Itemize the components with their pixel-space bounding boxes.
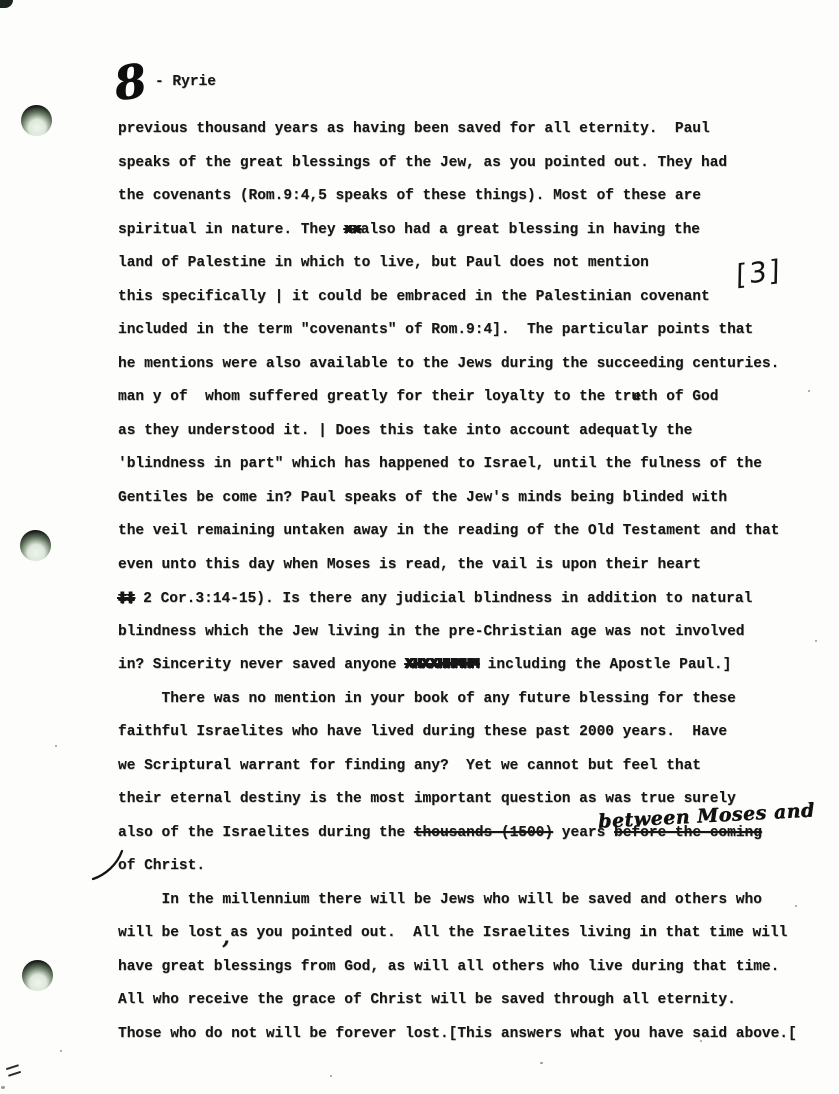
typed-line: the veil remaining untaken away in the r…: [118, 515, 828, 549]
pen-scribble-mark: [6, 1064, 21, 1077]
typed-line: have great blessings from God, as will a…: [118, 951, 828, 985]
typed-text: as you pointed out. All the Israelites l…: [230, 925, 787, 941]
typed-line: of Christ.: [118, 850, 828, 884]
strikethrough-text: thousands (1500): [414, 825, 553, 841]
hole-punch-middle: [20, 530, 51, 561]
typed-text: including the Apostle Paul.]: [479, 657, 731, 673]
superscript-correction: e: [633, 391, 641, 405]
typed-line: All who receive the grace of Christ will…: [118, 984, 828, 1018]
typed-line: blindness which the Jew living in the pr…: [118, 616, 828, 650]
paper-speck: [330, 1075, 332, 1077]
hole-punch-bottom: [22, 960, 53, 991]
paper-speck: [60, 1050, 62, 1052]
overstruck-text: ‡‡: [118, 590, 134, 606]
typed-line: even unto this day when Moses is read, t…: [118, 549, 828, 583]
typed-text: 2 Cor.3:14-15). Is there any judicial bl…: [134, 591, 752, 607]
typed-line: this specifically | it could be embraced…: [118, 281, 828, 315]
typed-line: the covenants (Rom.9:4,5 speaks of these…: [118, 180, 828, 214]
typed-line: he mentions were also available to the J…: [118, 348, 828, 382]
typed-text: also of the Israelites during the: [118, 825, 414, 841]
replaced-text: between Moses andbefore the coming: [614, 825, 762, 841]
typed-line: speaks of the great blessings of the Jew…: [118, 147, 828, 181]
document-page: 8 - Ryrie [3] previous thousand years as…: [0, 0, 839, 1094]
typed-line: There was no mention in your book of any…: [118, 683, 828, 717]
typed-line: included in the term "covenants" of Rom.…: [118, 314, 828, 348]
typed-line: also of the Israelites during the thousa…: [118, 817, 828, 851]
paper-speck: [55, 745, 57, 747]
typed-line: faithful Israelites who have lived durin…: [118, 716, 828, 750]
typed-line: ‡‡ 2 Cor.3:14-15). Is there any judicial…: [118, 582, 828, 616]
typed-text: spiritual in nature. They: [118, 222, 344, 238]
typed-line: in? Sincerity never saved anyone XHXXHHM…: [118, 649, 828, 683]
typed-line: will be lost,as you pointed out. All the…: [118, 917, 828, 951]
paper-speck: [540, 1062, 543, 1064]
typed-body: previous thousand years as having been s…: [118, 113, 828, 1051]
typed-line: previous thousand years as having been s…: [118, 113, 828, 147]
typed-text: in? Sincerity never saved anyone: [118, 657, 405, 673]
typed-line: we Scriptural warrant for finding any? Y…: [118, 750, 828, 784]
page-header: 8 - Ryrie: [114, 56, 216, 108]
corrected-word: ely the: [640, 423, 692, 439]
typed-line: Those who do not will be forever lost.[T…: [118, 1018, 828, 1052]
typed-line: In the millennium there will be Jews who…: [118, 884, 828, 918]
typed-text: also had a great blessing in having the: [361, 222, 700, 238]
corner-shadow: [0, 0, 13, 8]
typed-text: as they understood it. | Does this take …: [118, 423, 640, 439]
paper-speck: [1, 1086, 5, 1089]
typed-line: Gentiles be come in? Paul speaks of the …: [118, 482, 828, 516]
typed-text: will be lost: [118, 925, 222, 941]
typed-line: man y of whom suffered greatly for their…: [118, 381, 828, 415]
typed-line: as they understood it. | Does this take …: [118, 415, 828, 449]
typed-line: spiritual in nature. They xxalso had a g…: [118, 214, 828, 248]
overstruck-text: xx: [344, 222, 360, 238]
hole-punch-top: [21, 105, 52, 136]
overstruck-text: XHXXHHMHM: [405, 657, 479, 673]
page-title: - Ryrie: [155, 74, 216, 90]
handwritten-page-number: 8: [111, 57, 150, 107]
typed-line: 'blindness in part" which has happened t…: [118, 448, 828, 482]
typed-text: ly the: [640, 423, 692, 439]
typed-line: land of Palestine in which to live, but …: [118, 247, 828, 281]
